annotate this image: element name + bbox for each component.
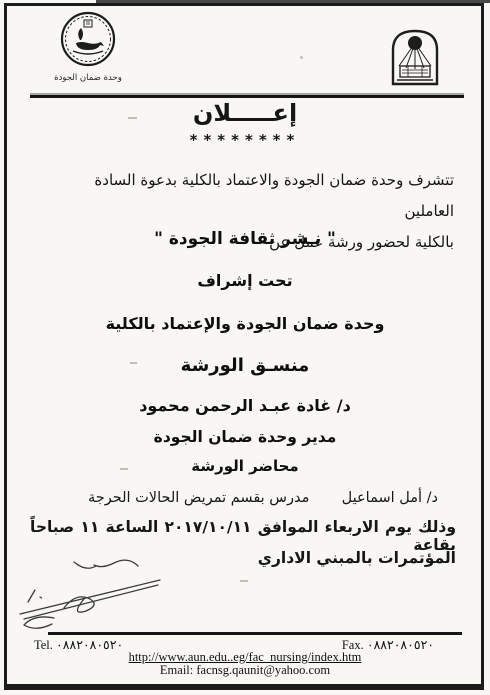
quality-unit-logo: وحدة ضمان الجودة <box>48 10 128 83</box>
coordinator-heading: منسـق الورشة <box>0 355 490 376</box>
quality-unit-logo-caption: وحدة ضمان الجودة <box>48 73 128 83</box>
coordinator-job-title: مدير وحدة ضمان الجودة <box>0 428 490 446</box>
nursing-lamp-emblem-icon <box>59 53 117 72</box>
lecturer-row: د/ أمل اسماعيل مدرس بقسم تمريض الحالات ا… <box>88 490 438 506</box>
scanned-announcement-page: وحدة ضمان الجودة إعـــــلان ******** تتش… <box>0 0 490 695</box>
scan-speck <box>130 362 137 364</box>
invitation-line-1: تتشرف وحدة ضمان الجودة والاعتماد بالكلية… <box>55 165 454 227</box>
stars-separator: ******** <box>0 131 490 149</box>
announcement-title: إعـــــلان <box>0 99 490 127</box>
scan-speck <box>300 56 303 59</box>
scan-artifact <box>96 0 490 3</box>
lecturer-name: د/ أمل اسماعيل <box>342 490 438 506</box>
handwritten-signature <box>8 552 178 636</box>
scan-speck <box>120 468 128 470</box>
scan-speck <box>128 117 137 119</box>
footer-email: Email: facnsg.qaunit@yahoo.com <box>0 663 490 678</box>
supervising-unit-name: وحدة ضمان الجودة والإعتماد بالكلية <box>0 314 490 333</box>
university-emblem-icon <box>388 26 442 90</box>
workshop-title: " نـشر ثقافة الجودة " <box>0 229 490 249</box>
footer-divider <box>48 632 462 635</box>
lecturer-job-title: مدرس بقسم تمريض الحالات الحرجة <box>88 490 309 506</box>
lecturer-heading: محاضر الورشة <box>0 457 490 475</box>
header-divider <box>30 95 464 98</box>
scan-speck <box>240 580 248 582</box>
coordinator-name: د/ غادة عبـد الرحمن محمود <box>0 396 490 415</box>
supervision-heading: تحت إشراف <box>0 271 490 290</box>
